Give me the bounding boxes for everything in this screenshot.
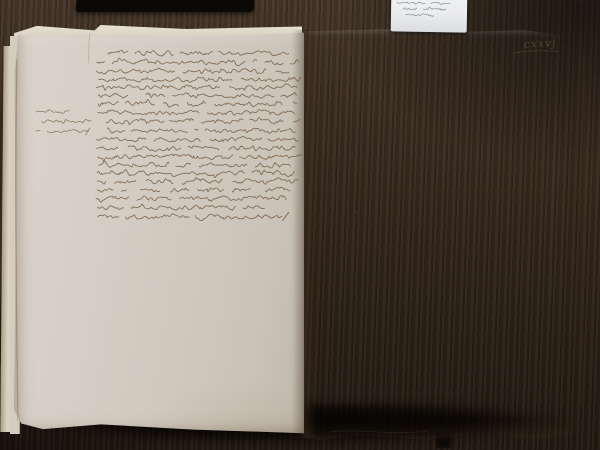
paper-slip-note [391, 0, 468, 33]
gutter-shadow [292, 30, 318, 438]
dark-object-top-edge [75, 0, 254, 12]
left-page [14, 32, 304, 434]
photograph-open-manuscript: cxxvj [0, 0, 600, 450]
right-page [304, 28, 586, 442]
